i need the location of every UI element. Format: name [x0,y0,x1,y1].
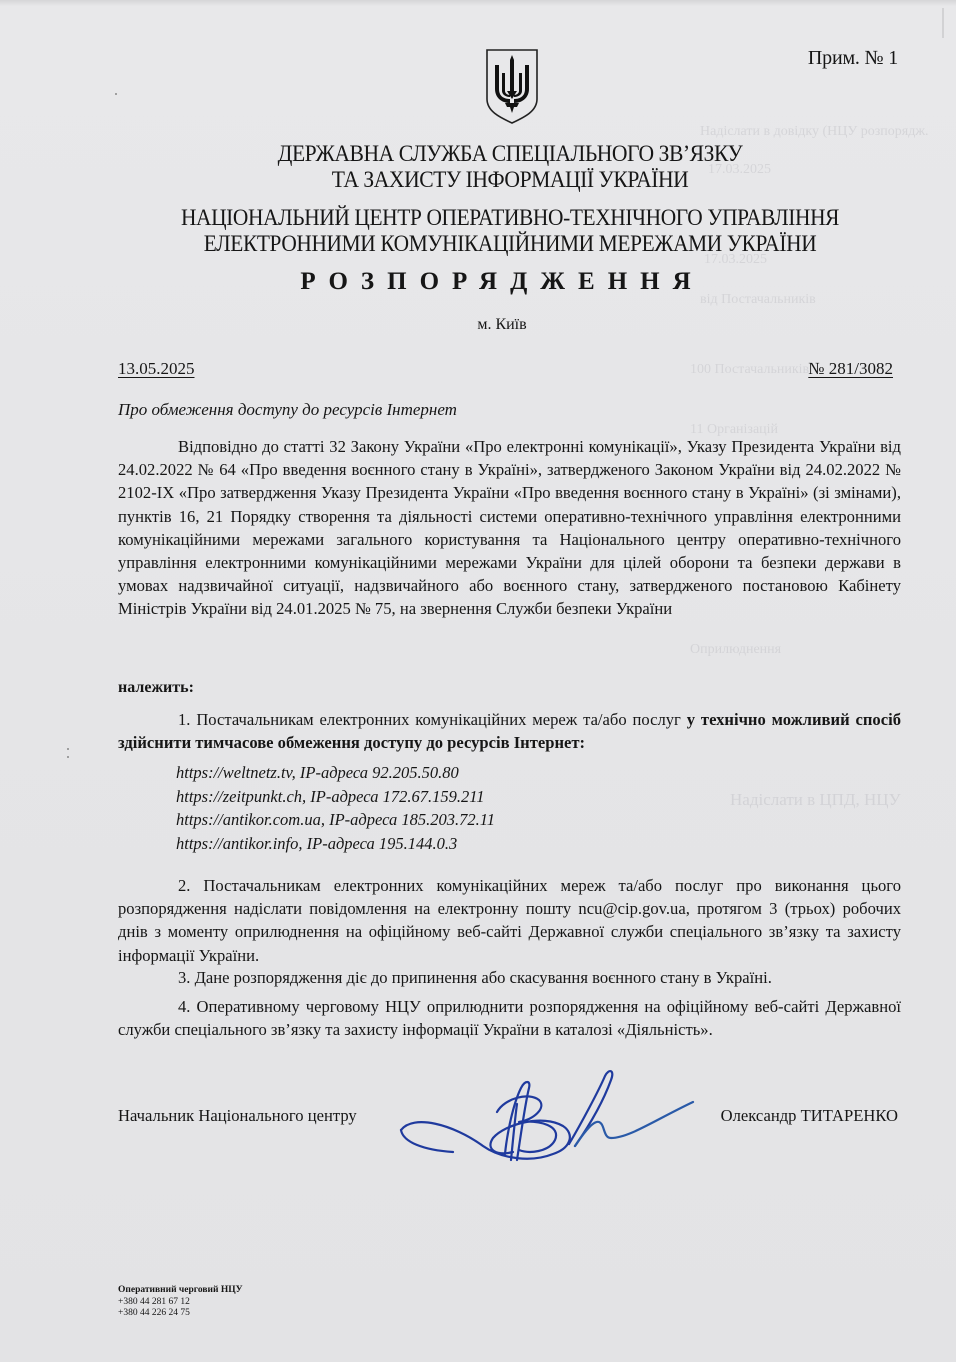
document-date: 13.05.2025 [118,359,195,379]
footer-contacts: Оперативний черговий НЦУ +380 44 281 67 … [118,1285,243,1320]
bleed-through-text: Надіслати в довідку (НЦУ розпорядж. [700,122,929,142]
bleed-through-text: 100 Постачальників [690,360,809,380]
resource-entry: https://weltnetz.tv, IP-адреса 92.205.50… [176,761,495,785]
footer-department: Оперативний черговий НЦУ [118,1285,243,1297]
preamble-paragraph: Відповідно до статті 32 Закону України «… [118,435,901,621]
signatory-title: Начальник Національного центру [118,1106,357,1126]
bleed-through-text: Надіслати в ЦПД, НЦУ [730,790,901,810]
footer-phone: +380 44 226 24 75 [118,1308,243,1320]
order-item-2: 2. Постачальникам електронних комунікаці… [118,874,901,967]
order-item-4-text: 4. Оперативному черговому НЦУ оприлюднит… [118,995,901,1041]
bleed-through-text: Оприлюднення [690,640,781,660]
scan-speck [115,93,117,95]
resource-entry: https://antikor.info, IP-адреса 195.144.… [176,832,495,856]
scan-speck [67,748,69,750]
resource-entry: https://zeitpunkt.ch, IP-адреса 172.67.1… [176,785,495,809]
footer-phone: +380 44 281 67 12 [118,1297,243,1309]
order-item-4: 4. Оперативному черговому НЦУ оприлюднит… [118,995,901,1041]
annex-label: Прим. № 1 [808,47,898,70]
order-item-3: 3. Дане розпорядження діє до припинення … [118,966,901,989]
document-number: № 281/3082 [808,359,893,379]
center-name-line-2: ЕЛЕКТРОННИМИ КОМУНІКАЦІЙНИМИ МЕРЕЖАМИ УК… [36,230,956,258]
resource-entry: https://antikor.com.ua, IP-адреса 185.20… [176,808,495,832]
blocked-resources-list: https://weltnetz.tv, IP-адреса 92.205.50… [176,761,495,855]
order-item-3-text: 3. Дане розпорядження діє до припинення … [118,966,901,989]
document-page: Надіслати в довідку (НЦУ розпорядж. 17.0… [0,0,956,1362]
order-item-1: 1. Постачальникам електронних комунікаці… [118,708,901,754]
coat-of-arms-trident-icon [483,47,541,125]
order-item-2-text: 2. Постачальникам електронних комунікаці… [118,874,901,967]
signatory-name: Олександр ТИТАРЕНКО [721,1106,898,1126]
issue-city: м. Київ [0,316,956,334]
agency-name-line-2: ТА ЗАХИСТУ ІНФОРМАЦІЇ УКРАЇНИ [31,166,956,194]
center-name-line-1: НАЦІОНАЛЬНИЙ ЦЕНТР ОПЕРАТИВНО-ТЕХНІЧНОГО… [36,204,956,232]
preamble-text: Відповідно до статті 32 Закону України «… [118,435,901,621]
document-subject: Про обмеження доступу до ресурсів Інтерн… [118,400,457,420]
handwritten-signature [393,1064,698,1174]
scan-edge-mark [942,8,944,38]
order-item-1-lead: 1. Постачальникам електронних комунікаці… [178,710,687,729]
scan-edge-shadow [0,0,956,6]
document-type-heading: РОЗПОРЯДЖЕННЯ [0,268,956,296]
agency-name-line-1: ДЕРЖАВНА СЛУЖБА СПЕЦІАЛЬНОГО ЗВ’ЯЗКУ [31,140,956,168]
scan-speck [67,756,69,758]
orders-label: належить: [118,679,194,697]
